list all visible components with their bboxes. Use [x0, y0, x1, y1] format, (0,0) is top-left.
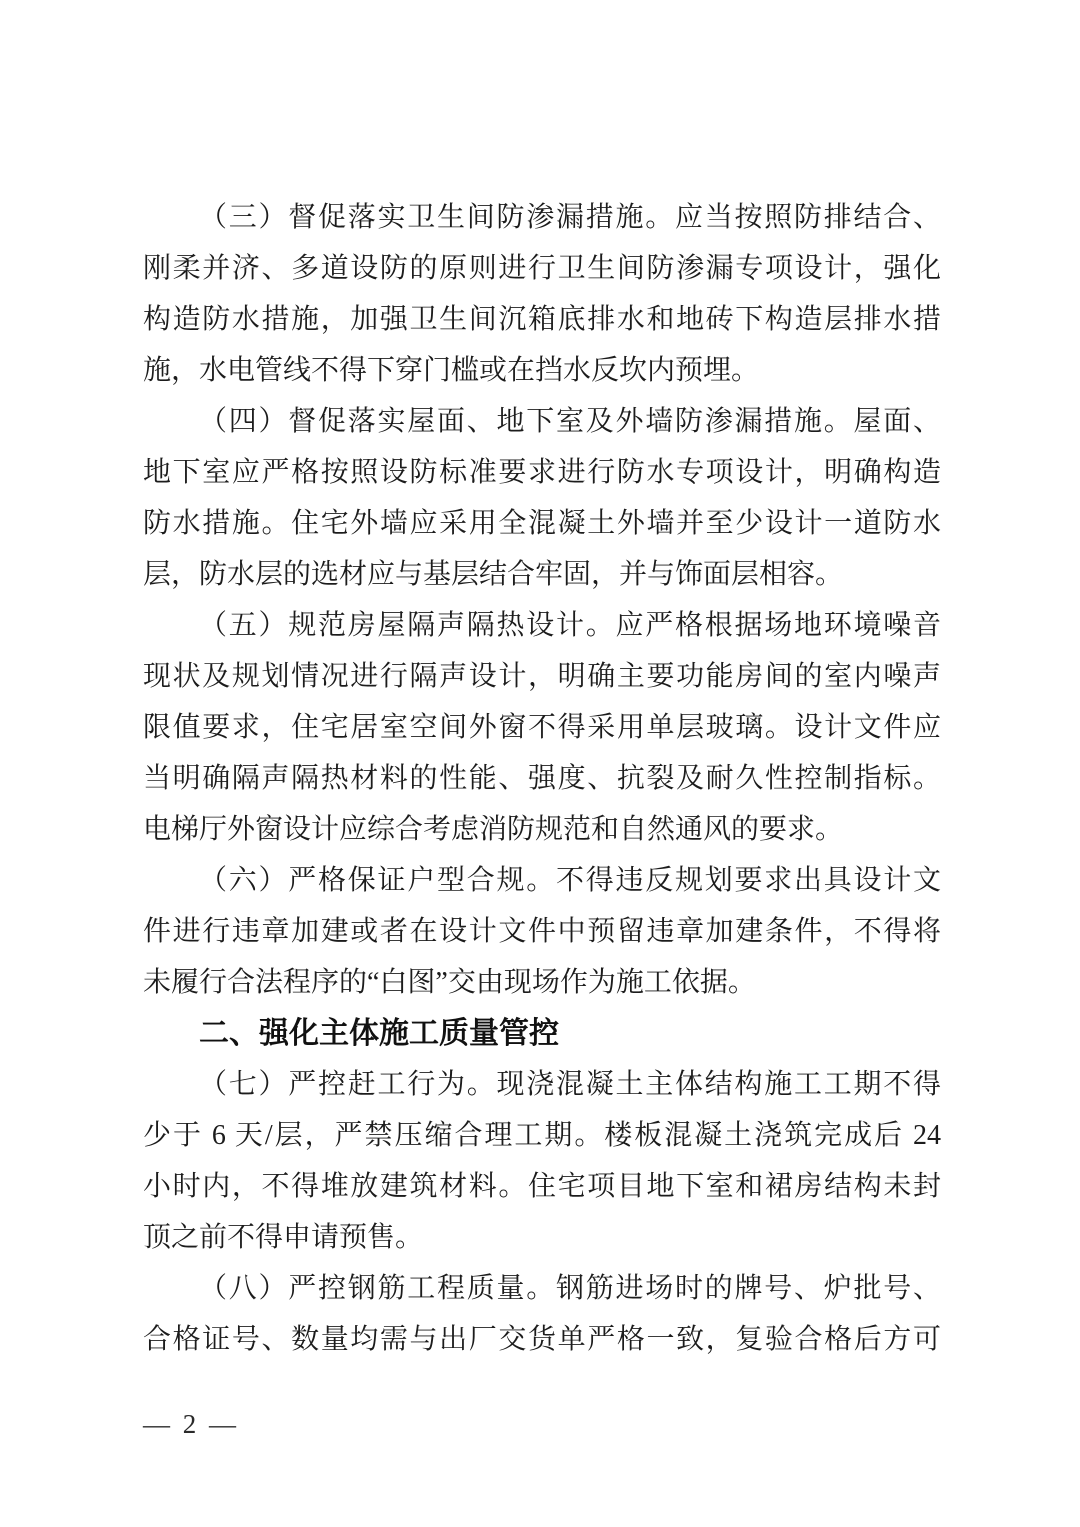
- document-line: 构造防水措施，加强卫生间沉箱底排水和地砖下构造层排水措: [143, 294, 941, 345]
- document-line: （四）督促落实屋面、地下室及外墙防渗漏措施。屋面、: [143, 396, 941, 447]
- paragraph-item-4: （四）督促落实屋面、地下室及外墙防渗漏措施。屋面、 地下室应严格按照设防标准要求…: [143, 396, 941, 600]
- document-line: 合格证号、数量均需与出厂交货单严格一致，复验合格后方可: [143, 1314, 941, 1365]
- document-page: （三）督促落实卫生间防渗漏措施。应当按照防排结合、 刚柔并济、多道设防的原则进行…: [0, 0, 1080, 1527]
- document-line: 少于 6 天/层，严禁压缩合理工期。楼板混凝土浇筑完成后 24: [143, 1110, 941, 1161]
- paragraph-item-3: （三）督促落实卫生间防渗漏措施。应当按照防排结合、 刚柔并济、多道设防的原则进行…: [143, 192, 941, 396]
- document-line: 顶之前不得申请预售。: [143, 1212, 941, 1263]
- document-line: 施，水电管线不得下穿门槛或在挡水反坎内预埋。: [143, 345, 941, 396]
- page-number: — 2 —: [143, 1405, 239, 1443]
- document-line: 件进行违章加建或者在设计文件中预留违章加建条件，不得将: [143, 906, 941, 957]
- document-line: 地下室应严格按照设防标准要求进行防水专项设计，明确构造: [143, 447, 941, 498]
- document-line: 电梯厅外窗设计应综合考虑消防规范和自然通风的要求。: [143, 804, 941, 855]
- document-line: 限值要求，住宅居室空间外窗不得采用单层玻璃。设计文件应: [143, 702, 941, 753]
- document-line: （八）严控钢筋工程质量。钢筋进场时的牌号、炉批号、: [143, 1263, 941, 1314]
- document-line: 当明确隔声隔热材料的性能、强度、抗裂及耐久性控制指标。: [143, 753, 941, 804]
- paragraph-item-7: （七）严控赶工行为。现浇混凝土主体结构施工工期不得 少于 6 天/层，严禁压缩合…: [143, 1059, 941, 1263]
- section-heading: 二、强化主体施工质量管控: [143, 1008, 941, 1059]
- document-line: 层，防水层的选材应与基层结合牢固，并与饰面层相容。: [143, 549, 941, 600]
- document-line: 小时内，不得堆放建筑材料。住宅项目地下室和裙房结构未封: [143, 1161, 941, 1212]
- document-line: 现状及规划情况进行隔声设计，明确主要功能房间的室内噪声: [143, 651, 941, 702]
- document-line: （五）规范房屋隔声隔热设计。应严格根据场地环境噪音: [143, 600, 941, 651]
- document-line: 未履行合法程序的“白图”交由现场作为施工依据。: [143, 957, 941, 1008]
- document-line: （六）严格保证户型合规。不得违反规划要求出具设计文: [143, 855, 941, 906]
- paragraph-item-5: （五）规范房屋隔声隔热设计。应严格根据场地环境噪音 现状及规划情况进行隔声设计，…: [143, 600, 941, 855]
- document-line: 防水措施。住宅外墙应采用全混凝土外墙并至少设计一道防水: [143, 498, 941, 549]
- document-line: （三）督促落实卫生间防渗漏措施。应当按照防排结合、: [143, 192, 941, 243]
- document-body: （三）督促落实卫生间防渗漏措施。应当按照防排结合、 刚柔并济、多道设防的原则进行…: [143, 192, 941, 1365]
- paragraph-item-8: （八）严控钢筋工程质量。钢筋进场时的牌号、炉批号、 合格证号、数量均需与出厂交货…: [143, 1263, 941, 1365]
- section-heading-text: 二、强化主体施工质量管控: [143, 1008, 941, 1059]
- paragraph-item-6: （六）严格保证户型合规。不得违反规划要求出具设计文 件进行违章加建或者在设计文件…: [143, 855, 941, 1008]
- document-line: （七）严控赶工行为。现浇混凝土主体结构施工工期不得: [143, 1059, 941, 1110]
- document-line: 刚柔并济、多道设防的原则进行卫生间防渗漏专项设计，强化: [143, 243, 941, 294]
